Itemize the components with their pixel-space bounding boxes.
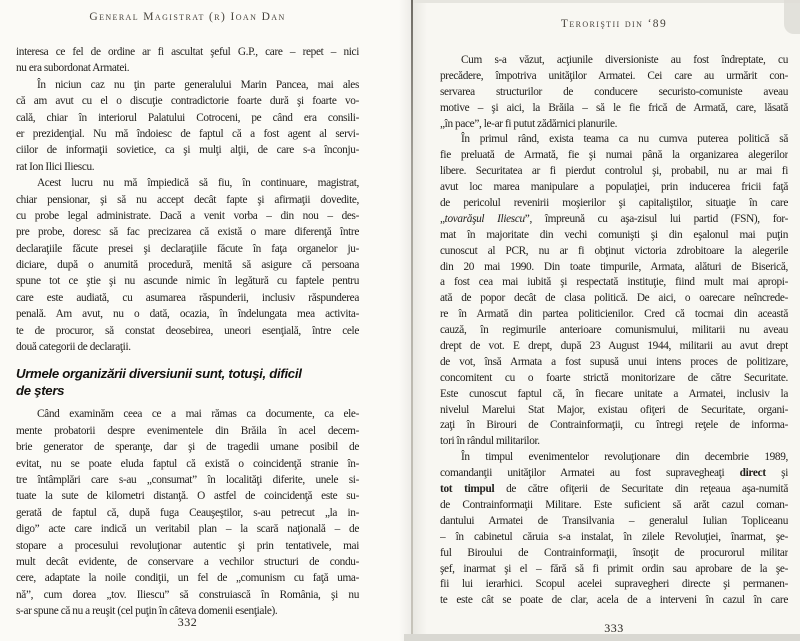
text-line: ciilor de informaţii sovietice, ca şi mu…: [16, 142, 359, 158]
paragraph: În primul rând, exista teama ca nu cumva…: [440, 132, 788, 450]
text-line: de vot, însă Armata a fost supusă unui i…: [440, 355, 788, 371]
text-line: nă”, cum dorea „tov. Iliescu” să constru…: [16, 587, 359, 603]
page-body: Cum s-a văzut, acţiunile diversioniste a…: [440, 53, 788, 609]
text-line: – în cabinetul căruia s-a instalat, în z…: [440, 530, 788, 546]
text-line: cauză, în regimurile anterioare comunism…: [440, 323, 788, 339]
paragraph: Acest lucru nu mă împiedică să fiu, în c…: [16, 175, 359, 355]
text-line: tot timpul de către ofiţerii de Securita…: [440, 482, 788, 498]
text-line: rat Ion Ilici Iliescu.: [16, 159, 359, 175]
text-line: zaţi în Birouri de Contrainformaţii, cu …: [440, 418, 788, 434]
text-line: În timpul evenimentelor revoluţionare di…: [440, 450, 788, 466]
paragraph: interesa ce fel de ordine ar fi ascultat…: [16, 44, 359, 77]
text-line: mat în majoritate din vechi comunişti şi…: [440, 228, 788, 244]
text-line: tuate la sute de kilometri distanţă. O a…: [16, 488, 359, 504]
text-line: mente probatorii despre evenimentele din…: [16, 423, 359, 439]
gutter-shadow-right: [413, 0, 427, 641]
text-line: re în Armată din partea politicienilor. …: [440, 307, 788, 323]
text-line: nivelul Marelui Stat Major, existau ofiţ…: [440, 403, 788, 419]
text-line: concomitent cu o foarte strictă monitori…: [440, 371, 788, 387]
text-line: digo” acte care indică un veritabil plan…: [16, 521, 359, 537]
text-line: declaraţiile făcute presei şi declaraţii…: [16, 241, 359, 257]
text-line: comandanţii unităţilor Armatei au fost s…: [440, 466, 788, 482]
text-line: brie generator de speranţe, dar şi de tr…: [16, 439, 359, 455]
text-line: În primul rând, exista teama ca nu cumva…: [440, 132, 788, 148]
text-line: două categorii de declaraţii.: [16, 339, 359, 355]
text-line: chiar pensionar, şi să nu accept decât f…: [16, 192, 359, 208]
paragraph: În timpul evenimentelor revoluţionare di…: [440, 450, 788, 609]
text-line: servarea structurilor de conducere secur…: [440, 85, 788, 101]
text-line: ată de popor decât de clasa politică. De…: [440, 291, 788, 307]
text-line: dantului Armatei de Transilvania – gener…: [440, 514, 788, 530]
text-line: de Contrainformaţii Militare. Este sufic…: [440, 498, 788, 514]
text-line: motive – şi aici, la Brăila – să le fie …: [440, 101, 788, 117]
text-line: că am avut cu el o discuţie contradictor…: [16, 93, 359, 109]
text-line: fie preluată de Armată, fie şi numai pân…: [440, 148, 788, 164]
text-line: precădere, împotriva unităţilor Armatei.…: [440, 69, 788, 85]
text-line: fii lui ierarhici. Scopul acelei suprave…: [440, 577, 788, 593]
text-line: care este audiată, cu asumarea răspunder…: [16, 290, 359, 306]
running-head-left: General Magistrat (r) Ioan Dan: [16, 11, 359, 23]
text-line: şef, inarmat şi el – fără să fi primit o…: [440, 562, 788, 578]
text-line: gerată de faptul că, după fuga Ceauşeşti…: [16, 505, 359, 521]
text-line: te de procuror, să constat deosebirea, u…: [16, 323, 359, 339]
text-line: a fost cea mai iubită şi respectată inst…: [440, 275, 788, 291]
text-line: cu probe legal administrate. Dacă a veni…: [16, 208, 359, 224]
section-heading: Urmele organizării diversiunii sunt, tot…: [16, 365, 359, 399]
right-page: Teroriştii din ‘89 Cum s-a văzut, acţiun…: [440, 0, 788, 641]
page-number-left: 332: [16, 615, 359, 630]
gutter-shadow-left: [399, 0, 411, 641]
text-line: stopare a procesului revoluţionar autent…: [16, 538, 359, 554]
text-line: cunoscut al PCR, nu ar fi obţinut victor…: [440, 244, 788, 260]
text-line: Cum s-a văzut, acţiunile diversioniste a…: [440, 53, 788, 69]
text-line: drept de vot. E drept, după 23 August 19…: [440, 339, 788, 355]
text-line: cere, adaptate la noile condiţii, un fel…: [16, 570, 359, 586]
text-line: er prezidenţial. Nu mă îndoiesc de faptu…: [16, 126, 359, 142]
text-line: pre probe, doresc să fac precizarea că e…: [16, 224, 359, 240]
page-number-right: 333: [440, 621, 788, 636]
left-page: General Magistrat (r) Ioan Dan interesa …: [16, 0, 359, 641]
paragraph: Când examinăm ceea ce a mai rămas ca doc…: [16, 406, 359, 619]
text-line: nu era subordonat Armatei.: [16, 60, 359, 76]
text-line: de pericolul revenirii moşierilor şi cap…: [440, 196, 788, 212]
text-line: Este cunoscut faptul că, în fiecare unit…: [440, 387, 788, 403]
text-line: Când examinăm ceea ce a mai rămas ca doc…: [16, 406, 359, 422]
text-line: Urmele organizării diversiunii sunt, tot…: [16, 365, 359, 382]
paragraph: Cum s-a văzut, acţiunile diversioniste a…: [440, 53, 788, 132]
text-line: cală, chiar în interiorul Palatului Cotr…: [16, 110, 359, 126]
text-line: Acest lucru nu mă împiedică să fiu, în c…: [16, 175, 359, 191]
text-line: ful Biroului de Contrainformaţii, însoţi…: [440, 546, 788, 562]
text-line: interesa ce fel de ordine ar fi ascultat…: [16, 44, 359, 60]
page-body: interesa ce fel de ordine ar fi ascultat…: [16, 44, 359, 620]
text-line: În niciun caz nu ţin parte generalului M…: [16, 77, 359, 93]
text-line: din 20 mai 1990. Din toate timpurile, Ar…: [440, 260, 788, 276]
text-line: tori în rândul militarilor.: [440, 434, 788, 450]
running-head-right: Teroriştii din ‘89: [440, 18, 788, 30]
text-line: de şters: [16, 382, 359, 399]
text-line: „în pace”, le-ar fi putut zădărnici plan…: [440, 117, 788, 133]
text-line: avut loc marea manipulare a populaţiei, …: [440, 180, 788, 196]
text-line: mult decât evidente, de conservare a vec…: [16, 554, 359, 570]
text-line: evitat, nu se poate eluda faptul că exis…: [16, 456, 359, 472]
text-line: penală. Am avut, nu o dată, ocazia, în î…: [16, 306, 359, 322]
text-line: spune tot ce ştie şi nu ascunde nimic în…: [16, 273, 359, 289]
paragraph: În niciun caz nu ţin parte generalului M…: [16, 77, 359, 175]
book-scan: { "paper_color": "#fbfaf6", "ink_color":…: [0, 0, 800, 641]
text-line: libere. Securitatea ar fi pierdut contro…: [440, 164, 788, 180]
text-line: „tovarăşul Iliescu”, împreună cu aşa-zis…: [440, 212, 788, 228]
page-gutter-line: [411, 0, 413, 641]
text-line: te este cât se poate de clar, acela de a…: [440, 593, 788, 609]
text-line: tre întâmplări care s-au „consumat” în l…: [16, 472, 359, 488]
text-line: diciare, după o anumită procedură, menit…: [16, 257, 359, 273]
